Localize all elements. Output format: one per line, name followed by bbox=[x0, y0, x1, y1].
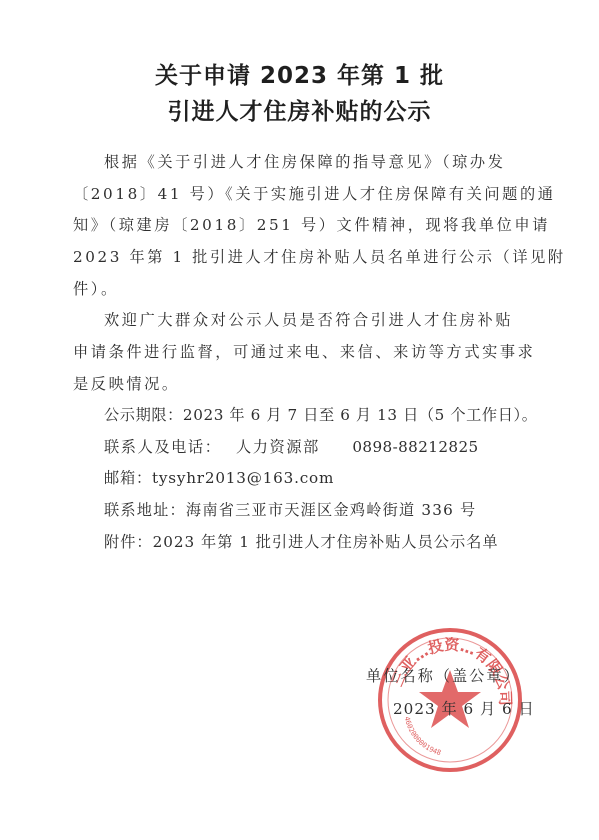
paragraph1-line3: 知》（琼建房〔2018〕251 号）文件精神，现将我单位申请 bbox=[73, 215, 533, 235]
document-title-line2: 引进人才住房补贴的公示 bbox=[0, 93, 599, 126]
paragraph2-line3: 是反映情况。 bbox=[73, 374, 533, 394]
contact-email: 邮箱：tysyhr2013@163.com bbox=[104, 468, 564, 488]
paragraph1-line5: 件）。 bbox=[73, 279, 533, 299]
signature-date: 2023 年 6 月 6 日 bbox=[393, 698, 535, 719]
document-title-line1: 关于申请 2023 年第 1 批 bbox=[0, 57, 599, 90]
document-page: 关于申请 2023 年第 1 批 引进人才住房补贴的公示 根据《关于引进人才住房… bbox=[0, 0, 599, 840]
paragraph1-line2: 〔2018〕41 号）《关于实施引进人才住房保障有关问题的通 bbox=[73, 184, 533, 204]
paragraph2-line2: 申请条件进行监督，可通过来电、来信、来访等方式实事求 bbox=[73, 342, 533, 362]
unit-name-seal-label: 单位名称（盖公章） bbox=[366, 665, 521, 686]
paragraph2-line1: 欢迎广大群众对公示人员是否符合引进人才住房补贴 bbox=[104, 310, 564, 330]
paragraph1-line4: 2023 年第 1 批引进人才住房补贴人员名单进行公示（详见附 bbox=[73, 247, 533, 267]
contact-department: 人力资源部 bbox=[236, 438, 320, 456]
contact-label: 联系人及电话： bbox=[104, 438, 222, 456]
contact-address: 联系地址：海南省三亚市天涯区金鸡岭街道 336 号 bbox=[104, 500, 564, 520]
paragraph1-line1: 根据《关于引进人才住房保障的指导意见》（琼办发 bbox=[104, 152, 564, 172]
publicity-period: 公示期限：2023 年 6 月 7 日至 6 月 13 日（5 个工作日）。 bbox=[104, 405, 564, 425]
contact-phone: 0898-88212825 bbox=[352, 438, 478, 456]
attachment-line: 附件：2023 年第 1 批引进人才住房补贴人员公示名单 bbox=[104, 532, 564, 552]
contact-row: 联系人及电话： 人力资源部 0898-88212825 bbox=[104, 437, 564, 457]
